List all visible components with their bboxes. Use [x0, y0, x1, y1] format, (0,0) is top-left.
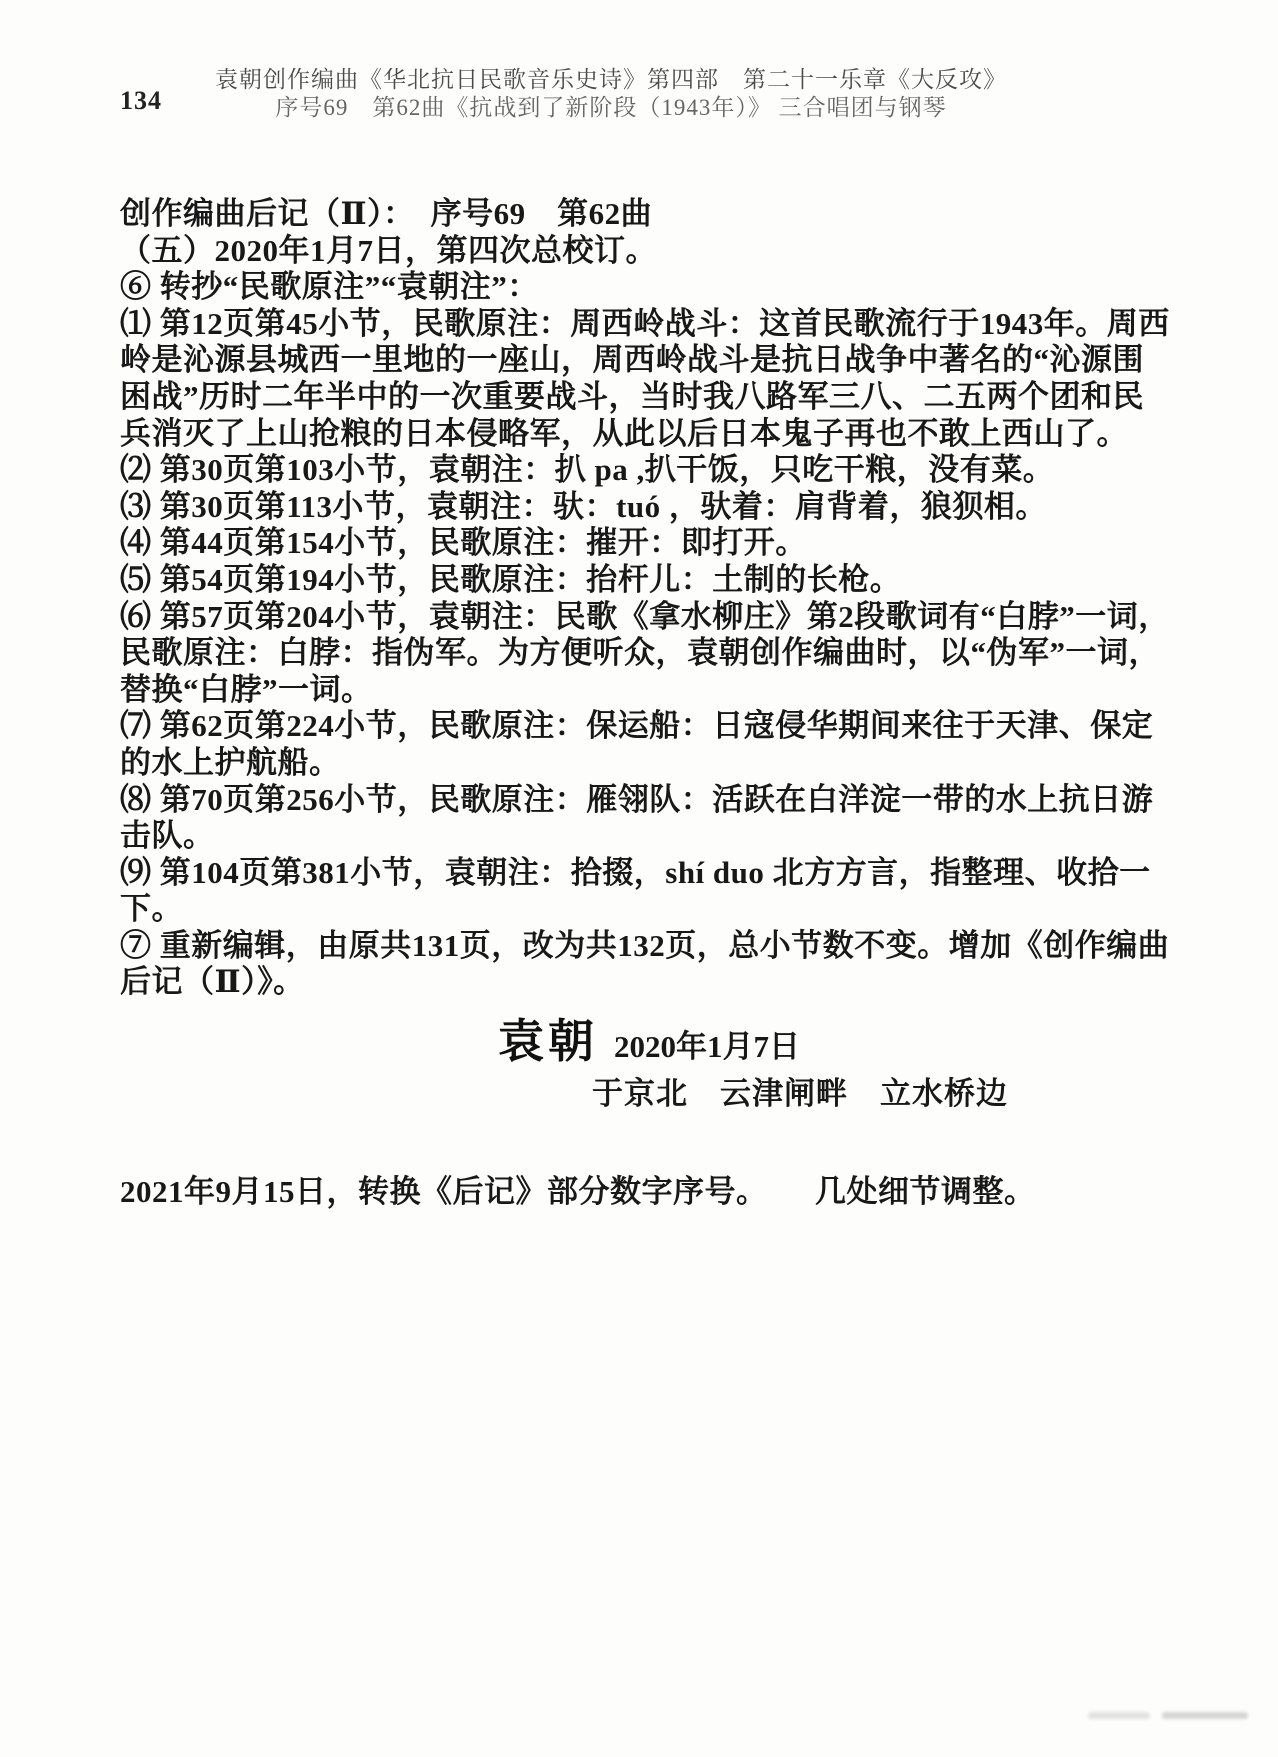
- body-line: ⑴ 第12页第45小节，民歌原注：周西岭战斗：这首民歌流行于1943年。周西: [120, 306, 1218, 343]
- faint-watermark: [1162, 1712, 1248, 1719]
- body-line: 兵消灭了上山抢粮的日本侵略军，从此以后日本鬼子再也不敢上西山了。: [120, 416, 1218, 453]
- body-line: 下。: [120, 891, 1218, 928]
- body-line: ⑻ 第70页第256小节，民歌原注：雁翎队：活跃在白洋淀一带的水上抗日游: [120, 782, 1218, 819]
- body-line: ⑵ 第30页第103小节，袁朝注：扒 pa ,扒干饭，只吃干粮，没有菜。: [120, 452, 1218, 489]
- body-line: 民歌原注：白脖：指伪军。为方便听众，袁朝创作编曲时，以“伪军”一词，: [120, 635, 1218, 672]
- body-line: 创作编曲后记（Ⅱ）： 序号69 第62曲: [120, 196, 1218, 233]
- signature-name: 袁朝: [498, 1005, 598, 1071]
- postscript-body: 创作编曲后记（Ⅱ）： 序号69 第62曲（五）2020年1月7日，第四次总校订。…: [120, 196, 1218, 1001]
- body-line: ⑷ 第44页第154小节，民歌原注：摧开：即打开。: [120, 525, 1218, 562]
- signature-place: 于京北 云津闸畔 立水桥边: [592, 1068, 1008, 1113]
- document-page: 134 袁朝创作编曲《华北抗日民歌音乐史诗》第四部 第二十一乐章《大反攻》 序号…: [0, 0, 1278, 1757]
- faint-watermark: [1088, 1712, 1150, 1719]
- header-line-2: 序号69 第62曲《抗战到了新阶段（1943年）》 三合唱团与钢琴: [0, 94, 1250, 122]
- body-line: ⑶ 第30页第113小节，袁朝注：驮：tuó ，驮着：肩背着，狼狈相。: [120, 489, 1218, 526]
- revision-note: 2021年9月15日，转换《后记》部分数字序号。 几处细节调整。: [120, 1166, 1036, 1211]
- signature-date: 2020年1月7日: [614, 1021, 800, 1066]
- body-line: 岭是沁源县城西一里地的一座山，周西岭战斗是抗日战争中著名的“沁源围: [120, 342, 1218, 379]
- body-line: （五）2020年1月7日，第四次总校订。: [120, 233, 1218, 270]
- body-line: 替换“白脖”一词。: [120, 672, 1218, 709]
- body-line: ⑼ 第104页第381小节，袁朝注：拾掇，shí duo 北方方言，指整理、收拾…: [120, 855, 1218, 892]
- body-line: 后记（Ⅱ）》。: [120, 964, 1218, 1001]
- body-line: 击队。: [120, 818, 1218, 855]
- header-line-1: 袁朝创作编曲《华北抗日民歌音乐史诗》第四部 第二十一乐章《大反攻》: [0, 66, 1250, 94]
- body-line: ⑹ 第57页第204小节，袁朝注：民歌《拿水柳庄》第2段歌词有“白脖”一词，: [120, 599, 1218, 636]
- body-line: 的水上护航船。: [120, 745, 1218, 782]
- signature-block: 袁朝 2020年1月7日: [498, 1005, 800, 1071]
- body-line: ⑥ 转抄“民歌原注”“袁朝注”：: [120, 269, 1218, 306]
- body-line: ⑸ 第54页第194小节，民歌原注：抬杆儿：土制的长枪。: [120, 562, 1218, 599]
- body-line: 困战”历时二年半中的一次重要战斗，当时我八路军三八、二五两个团和民: [120, 379, 1218, 416]
- body-line: ⑦ 重新编辑，由原共131页，改为共132页，总小节数不变。增加《创作编曲: [120, 928, 1218, 965]
- running-header: 袁朝创作编曲《华北抗日民歌音乐史诗》第四部 第二十一乐章《大反攻》 序号69 第…: [0, 66, 1250, 122]
- body-line: ⑺ 第62页第224小节，民歌原注：保运船：日寇侵华期间来往于天津、保定: [120, 708, 1218, 745]
